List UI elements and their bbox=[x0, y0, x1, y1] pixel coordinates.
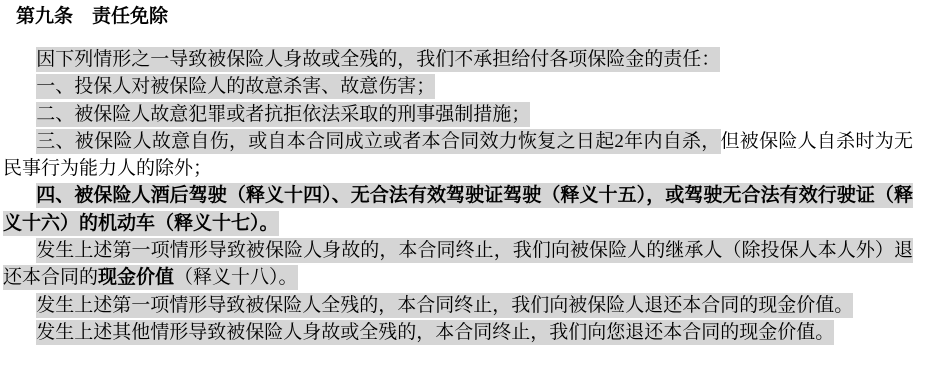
text-segment: 现金价值 bbox=[98, 265, 174, 290]
clause-consequence-disability: 发生上述第一项情形导致被保险人全残的，本合同终止，我们向被保险人退还本合同的现金… bbox=[3, 292, 913, 319]
text-segment: 一、投保人对被保险人的故意杀害、故意伤害； bbox=[36, 74, 435, 99]
text-segment: 因下列情形之一导致被保险人身故或全残的，我们不承担给付各项保险金的责任： bbox=[36, 47, 720, 72]
text-segment: 发生上述第一项情形导致被保险人全残的，本合同终止，我们向被保险人退还本合同的现金… bbox=[36, 293, 853, 318]
text-segment: （释义十八）。 bbox=[174, 265, 298, 290]
article-title: 第九条 责任免除 bbox=[16, 4, 913, 30]
clause-item-1: 一、投保人对被保险人的故意杀害、故意伤害； bbox=[3, 73, 913, 100]
clause-consequence-death: 发生上述第一项情形导致被保险人身故的，本合同终止，我们向被保险人的继承人（除投保… bbox=[3, 237, 913, 292]
text-segment: 四、被保险人酒后驾驶（释义十四）、无合法有效驾驶证驾驶（释义十五），或驾驶无合法… bbox=[3, 183, 913, 235]
text-segment: 发生上述其他情形导致被保险人身故或全残的，本合同终止，我们向您退还本合同的现金价… bbox=[36, 320, 834, 345]
article-body: 因下列情形之一导致被保险人身故或全残的，我们不承担给付各项保险金的责任：一、投保… bbox=[3, 46, 913, 346]
clause-consequence-other: 发生上述其他情形导致被保险人身故或全残的，本合同终止，我们向您退还本合同的现金价… bbox=[3, 319, 913, 346]
clause-item-4: 四、被保险人酒后驾驶（释义十四）、无合法有效驾驶证驾驶（释义十五），或驾驶无合法… bbox=[3, 182, 913, 237]
text-segment: 三、被保险人故意自伤，或自本合同成立或者本合同效力恢复之日起2年内自杀， bbox=[36, 129, 720, 154]
document-page: 第九条 责任免除 因下列情形之一导致被保险人身故或全残的，我们不承担给付各项保险… bbox=[0, 0, 927, 365]
clause-intro: 因下列情形之一导致被保险人身故或全残的，我们不承担给付各项保险金的责任： bbox=[3, 46, 913, 73]
clause-item-3: 三、被保险人故意自伤，或自本合同成立或者本合同效力恢复之日起2年内自杀，但被保险… bbox=[3, 128, 913, 183]
clause-item-2: 二、被保险人故意犯罪或者抗拒依法采取的刑事强制措施； bbox=[3, 101, 913, 128]
text-segment: 二、被保险人故意犯罪或者抗拒依法采取的刑事强制措施； bbox=[36, 102, 530, 127]
